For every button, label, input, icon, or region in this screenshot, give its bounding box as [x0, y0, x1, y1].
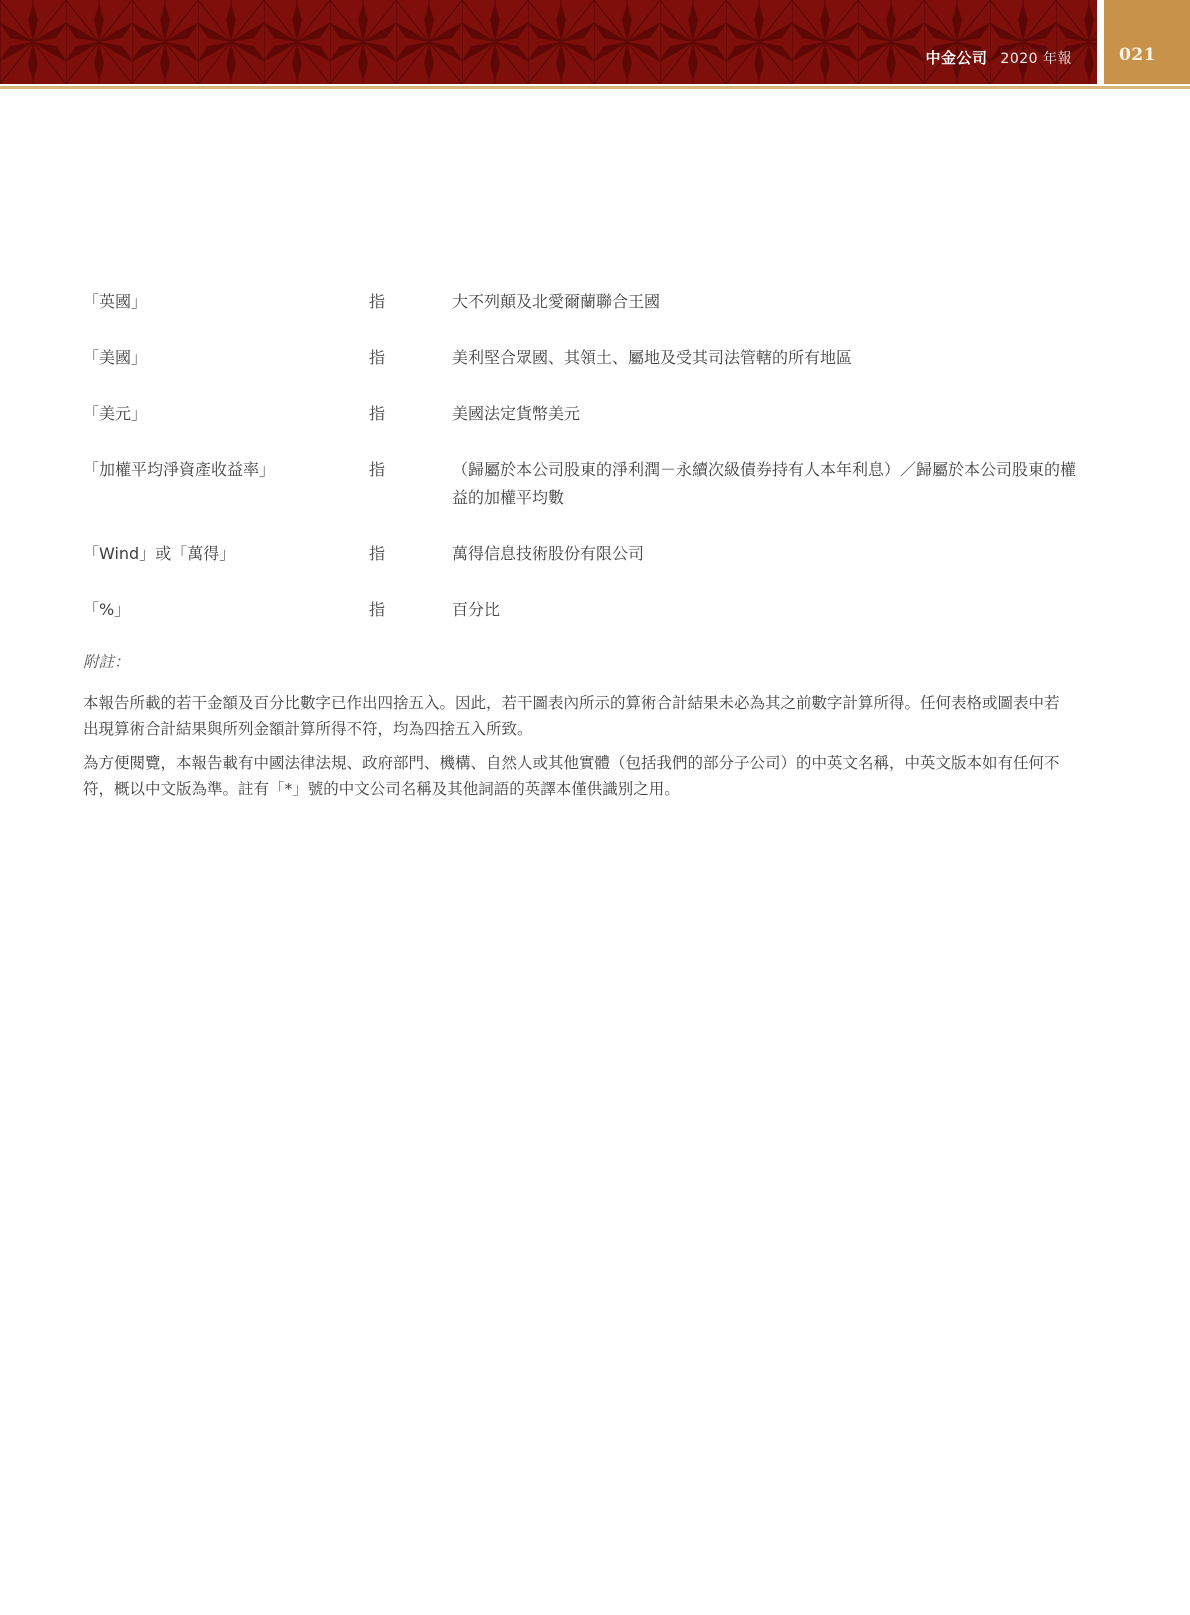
definition-row: 「%」 指 百分比	[83, 596, 1083, 624]
definition-means: 指	[369, 288, 452, 316]
definition-description: 萬得信息技術股份有限公司	[452, 540, 1077, 568]
definition-means: 指	[369, 596, 452, 624]
definition-term: 「美元」	[83, 400, 369, 428]
definition-description: （歸屬於本公司股東的淨利潤－永續次級債券持有人本年利息）／歸屬於本公司股東的權益…	[452, 456, 1077, 512]
definition-term: 「英國」	[83, 288, 369, 316]
definition-means: 指	[369, 344, 452, 372]
definition-means: 指	[369, 456, 452, 484]
definition-term: 「%」	[83, 596, 369, 624]
decorative-banner: 中金公司 2020 年報	[0, 0, 1097, 84]
note-paragraph-translation: 為方便閱覽，本報告載有中國法律法規、政府部門、機構、自然人或其他實體（包括我們的…	[83, 750, 1068, 802]
definition-row: 「美國」 指 美利堅合眾國、其領土、屬地及受其司法管轄的所有地區	[83, 344, 1083, 372]
report-title: 中金公司 2020 年報	[925, 47, 1072, 68]
notes-title: 附註：	[83, 650, 1083, 674]
definition-description: 百分比	[452, 596, 1077, 624]
note-paragraph-rounding: 本報告所載的若干金額及百分比數字已作出四捨五入。因此，若干圖表內所示的算術合計結…	[83, 690, 1068, 742]
definition-means: 指	[369, 540, 452, 568]
page-number-box: 021	[1104, 0, 1190, 84]
definition-term: 「美國」	[83, 344, 369, 372]
definition-row: 「美元」 指 美國法定貨幣美元	[83, 400, 1083, 428]
page-number: 021	[1119, 45, 1156, 65]
company-name: 中金公司	[925, 49, 987, 67]
asanoha-pattern-icon	[0, 0, 1097, 84]
report-name: 2020 年報	[1000, 51, 1072, 67]
definition-row: 「Wind」或「萬得」 指 萬得信息技術股份有限公司	[83, 540, 1083, 568]
definition-row: 「英國」 指 大不列顛及北愛爾蘭聯合王國	[83, 288, 1083, 316]
page-header: 中金公司 2020 年報 021	[0, 0, 1190, 90]
notes-section: 附註： 本報告所載的若干金額及百分比數字已作出四捨五入。因此，若干圖表內所示的算…	[83, 650, 1083, 810]
definition-means: 指	[369, 400, 452, 428]
definition-description: 美利堅合眾國、其領土、屬地及受其司法管轄的所有地區	[452, 344, 1077, 372]
definition-term: 「加權平均淨資產收益率」	[83, 456, 369, 484]
definition-description: 美國法定貨幣美元	[452, 400, 1077, 428]
definitions-list: 「英國」 指 大不列顛及北愛爾蘭聯合王國 「美國」 指 美利堅合眾國、其領土、屬…	[83, 288, 1083, 652]
header-divider	[0, 86, 1190, 89]
definition-description: 大不列顛及北愛爾蘭聯合王國	[452, 288, 1077, 316]
definition-term: 「Wind」或「萬得」	[83, 540, 369, 568]
definition-row: 「加權平均淨資產收益率」 指 （歸屬於本公司股東的淨利潤－永續次級債券持有人本年…	[83, 456, 1083, 512]
